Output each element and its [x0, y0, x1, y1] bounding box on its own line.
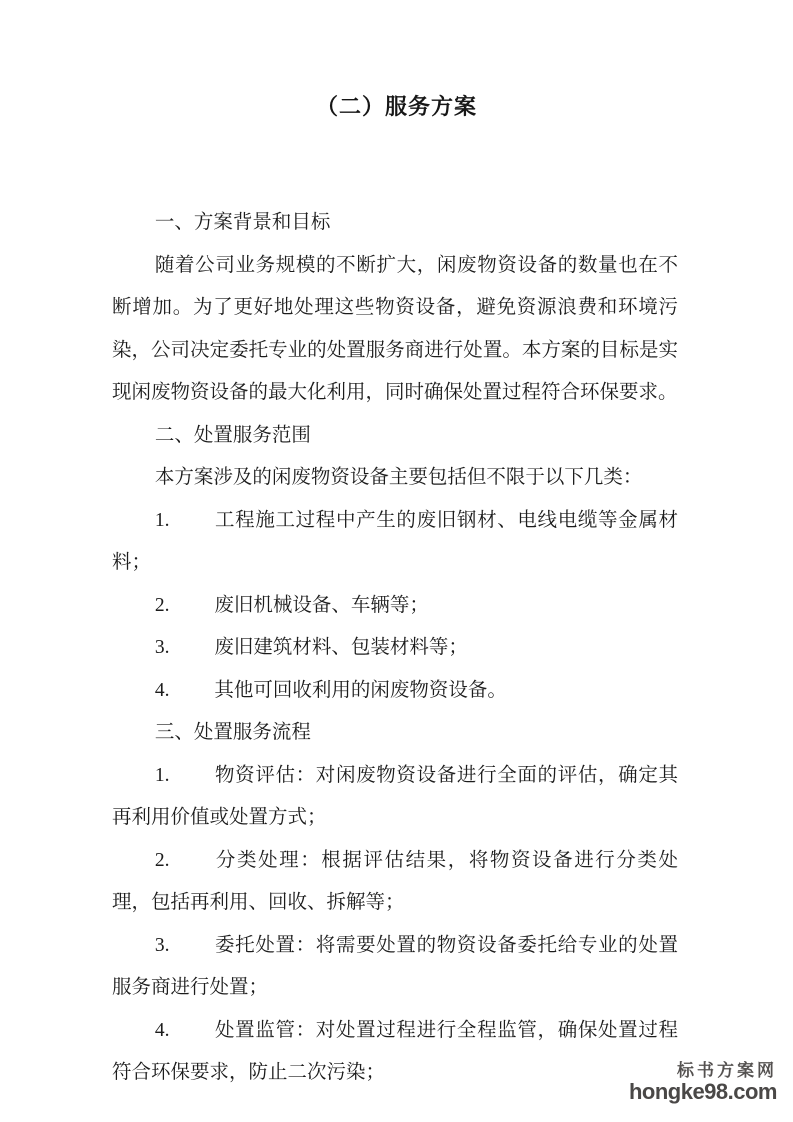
list-item: 1.工程施工过程中产生的废旧钢材、电线电缆等金属材料；	[112, 500, 678, 585]
watermark: 标书方案网 hongke98.com	[629, 1061, 777, 1103]
paragraph: 本方案涉及的闲废物资设备主要包括但不限于以下几类：	[112, 457, 678, 500]
section-heading: 一、方案背景和目标	[112, 202, 678, 245]
section-heading: 二、处置服务范围	[112, 415, 678, 458]
list-number: 2.	[155, 850, 170, 871]
watermark-site-name: 标书方案网	[629, 1061, 777, 1080]
list-number: 2.	[155, 595, 170, 616]
watermark-site-url: hongke98.com	[629, 1080, 777, 1103]
list-number: 1.	[155, 765, 170, 786]
document-page: （二）服务方案 一、方案背景和目标 随着公司业务规模的不断扩大，闲废物资设备的数…	[0, 0, 793, 1122]
list-item: 4.处置监管：对处置过程进行全程监管，确保处置过程符合环保要求，防止二次污染；	[112, 1010, 678, 1095]
list-number: 3.	[155, 637, 170, 658]
list-number: 4.	[155, 1020, 170, 1041]
list-item: 2.废旧机械设备、车辆等；	[112, 585, 678, 628]
list-item: 2.分类处理：根据评估结果，将物资设备进行分类处理，包括再利用、回收、拆解等；	[112, 840, 678, 925]
list-text: 委托处置：将需要处置的物资设备委托给专业的处置服务商进行处置；	[112, 935, 678, 999]
list-text: 其他可回收利用的闲废物资设备。	[214, 680, 507, 701]
page-title: （二）服务方案	[0, 90, 793, 121]
list-text: 废旧建筑材料、包装材料等；	[214, 637, 468, 658]
list-item: 3.废旧建筑材料、包装材料等；	[112, 627, 678, 670]
list-number: 3.	[155, 935, 170, 956]
section-heading: 三、处置服务流程	[112, 712, 678, 755]
list-item: 4.其他可回收利用的闲废物资设备。	[112, 670, 678, 713]
list-text: 物资评估：对闲废物资设备进行全面的评估，确定其再利用价值或处置方式；	[112, 765, 678, 829]
list-text: 废旧机械设备、车辆等；	[214, 595, 429, 616]
list-text: 分类处理：根据评估结果，将物资设备进行分类处理，包括再利用、回收、拆解等；	[112, 850, 678, 914]
paragraph: 随着公司业务规模的不断扩大，闲废物资设备的数量也在不断增加。为了更好地处理这些物…	[112, 245, 678, 415]
list-item: 1.物资评估：对闲废物资设备进行全面的评估，确定其再利用价值或处置方式；	[112, 755, 678, 840]
list-number: 4.	[155, 680, 170, 701]
list-number: 1.	[155, 510, 170, 531]
list-text: 处置监管：对处置过程进行全程监管，确保处置过程符合环保要求，防止二次污染；	[112, 1020, 678, 1084]
document-body: 一、方案背景和目标 随着公司业务规模的不断扩大，闲废物资设备的数量也在不断增加。…	[112, 202, 678, 1095]
list-text: 工程施工过程中产生的废旧钢材、电线电缆等金属材料；	[112, 510, 678, 574]
list-item: 3.委托处置：将需要处置的物资设备委托给专业的处置服务商进行处置；	[112, 925, 678, 1010]
